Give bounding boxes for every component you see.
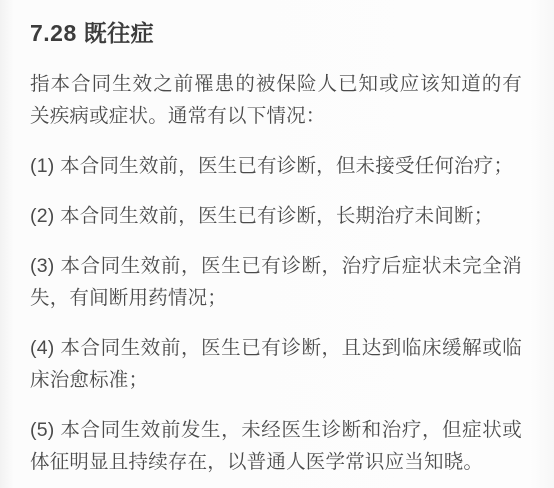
- list-item-5: (5) 本合同生效前发生，未经医生诊断和治疗，但症状或体征明显且持续存在，以普通…: [30, 414, 522, 478]
- document-page: 7.28 既往症 指本合同生效之前罹患的被保险人已知或应该知道的有关疾病或症状。…: [0, 0, 554, 488]
- list-item-3: (3) 本合同生效前，医生已有诊断，治疗后症状未完全消失，有间断用药情况；: [30, 250, 522, 314]
- list-item-4: (4) 本合同生效前，医生已有诊断，且达到临床缓解或临床治愈标准；: [30, 332, 522, 396]
- list-item-2: (2) 本合同生效前，医生已有诊断，长期治疗未间断；: [30, 200, 522, 232]
- intro-paragraph: 指本合同生效之前罹患的被保险人已知或应该知道的有关疾病或症状。通常有以下情况：: [30, 68, 522, 132]
- section-title: 7.28 既往症: [30, 18, 522, 48]
- list-item-1: (1) 本合同生效前，医生已有诊断，但未接受任何治疗；: [30, 150, 522, 182]
